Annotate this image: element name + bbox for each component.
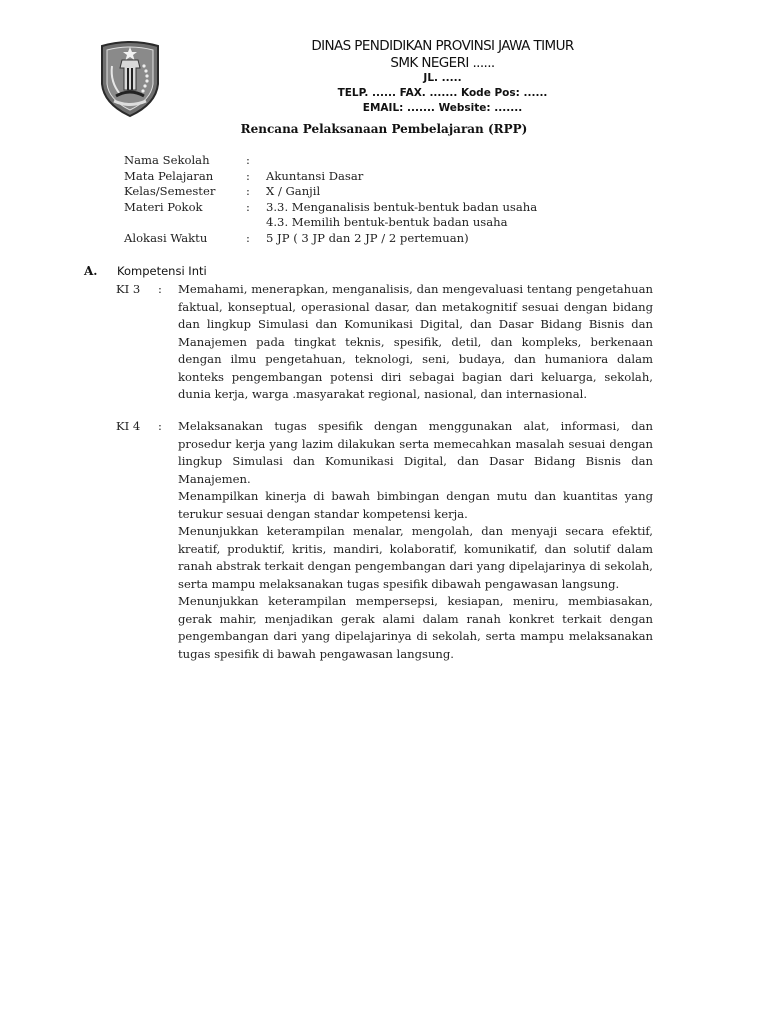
ki-paragraph: Menunjukkan keterampilan mempersepsi, ke… [178,593,653,663]
document-page: DINAS PENDIDIKAN PROVINSI JAWA TIMUR SMK… [0,0,768,1024]
school-name: SMK NEGERI ...... [240,55,645,71]
identity-colon: : [246,169,258,185]
ki-code: KI 3 [116,281,156,299]
identity-label: Alokasi Waktu [124,231,246,247]
ki-description: Melaksanakan tugas spesifik dengan mengg… [178,418,653,663]
ki-paragraph: Memahami, menerapkan, menganalisis, dan … [178,281,653,404]
agency-name: DINAS PENDIDIKAN PROVINSI JAWA TIMUR [240,38,645,55]
identity-label: Materi Pokok [124,200,246,216]
identity-colon: : [246,200,258,216]
identity-label: Nama Sekolah [124,153,246,169]
identity-colon: : [246,184,258,200]
identity-colon: : [246,153,258,169]
ki-code: KI 4 [116,418,156,436]
ki-paragraph: Menampilkan kinerja di bawah bimbingan d… [178,488,653,523]
school-phone-fax: TELP. ...... FAX. ....... Kode Pos: ....… [240,86,645,101]
identity-value: 4.3. Memilih bentuk-bentuk badan usaha [266,215,508,231]
ki-paragraph: Menunjukkan keterampilan menalar, mengol… [178,523,653,593]
ki-paragraph: Melaksanakan tugas spesifik dengan mengg… [178,418,653,488]
document-title: Rencana Pelaksanaan Pembelajaran (RPP) [0,122,768,136]
identity-label: Kelas/Semester [124,184,246,200]
identity-value: 5 JP ( 3 JP dan 2 JP / 2 pertemuan) [266,231,469,247]
school-address: JL. ..... [240,71,645,86]
ki-colon: : [158,418,162,436]
identity-colon: : [246,231,258,247]
identity-value: 3.3. Menganalisis bentuk-bentuk badan us… [266,200,537,216]
section-title: Kompetensi Inti [117,264,207,278]
identity-value: X / Ganjil [266,184,320,200]
ki-colon: : [158,281,162,299]
identity-label: Mata Pelajaran [124,169,246,185]
school-email-website: EMAIL: ....... Website: ....... [240,101,645,116]
section-marker: A. [84,264,98,278]
identity-value: Akuntansi Dasar [266,169,363,185]
letterhead: DINAS PENDIDIKAN PROVINSI JAWA TIMUR SMK… [240,38,645,116]
ki-description: Memahami, menerapkan, menganalisis, dan … [178,281,653,404]
province-emblem-icon [98,38,162,118]
